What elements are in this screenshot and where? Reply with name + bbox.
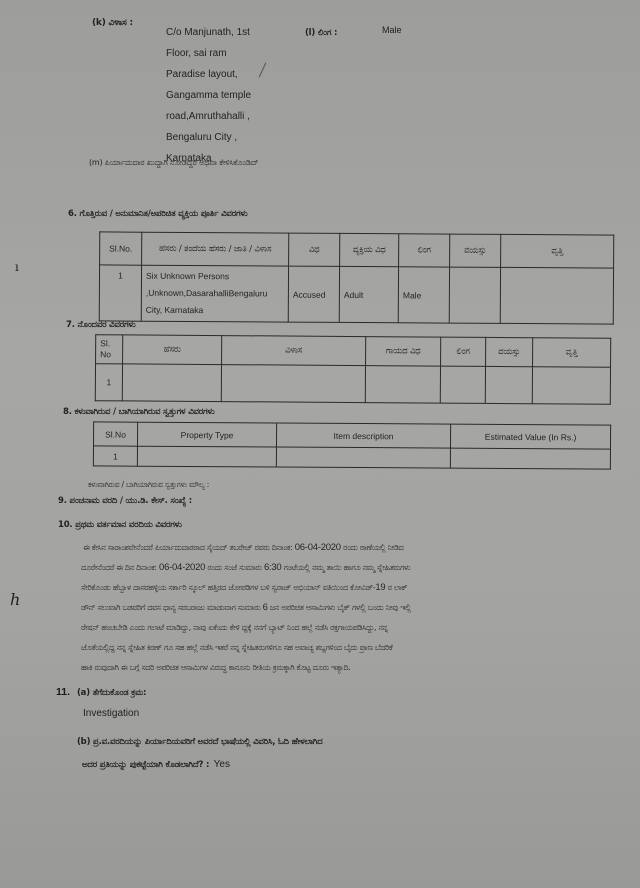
address-line: C/o Manjunath, 1st — [166, 22, 251, 43]
cell-occupation — [500, 267, 613, 324]
table-row: 1 — [95, 364, 610, 405]
address-line: Bengaluru City , — [166, 127, 251, 148]
section7-title: 7. ನೊಂದವರ ವಿವರಗಳು — [66, 320, 136, 330]
section7-victims-table: Sl. No ಹೆಸರು ವಿಳಾಸ ಗಾಯದ ವಿಧ ಲಿಂಗ ವಯಸ್ಸು … — [95, 334, 611, 405]
field-k-address: C/o Manjunath, 1stFloor, sai ramParadise… — [166, 22, 251, 169]
cell-gender: Male — [398, 267, 449, 323]
section11-a-value: Investigation — [83, 708, 139, 719]
address-line: Floor, sai ram — [166, 43, 251, 64]
cell-name-address: Six Unknown Persons ,Unknown,Dasarahalli… — [141, 265, 288, 322]
narrative-line: ಹಾಕಿ ರುವುದಾಗಿ ಈ ಬಗ್ಗೆ ಸದರಿ ಅಪರಿಚಿತ ಆಸಾಮಿ… — [81, 658, 618, 678]
section6-accused-table: Sl.No. ಹೆಸರು / ತಂದೆಯ ಹೆಸರು / ಜಾತಿ / ವಿಳಾ… — [99, 231, 615, 324]
cell-slno: 1 — [95, 364, 122, 401]
cell-injury-type — [365, 366, 440, 404]
cell-type: Accused — [288, 266, 339, 322]
field-k-label: (k) ವಿಳಾಸ : — [92, 18, 133, 28]
field-m-label: (m) ಪಿರ್ಯಾದುದಾರ ಖುದ್ದಾಗಿ ನೋಡಿದ್ದರೆ ಅಥವಾ … — [89, 158, 258, 168]
field-l-label: (l) ಲಿಂಗ : — [305, 28, 337, 38]
table-row: 1 — [93, 446, 610, 469]
cell-estimated-value — [450, 448, 610, 469]
narrative-line: ಈ ಕೇಸಿನ ಸಾರಾಂಶವೇನೆಂದರೆ ಪಿರ್ಯಾದುದಾರರಾದ ಸೈ… — [83, 538, 618, 558]
section8-title: 8. ಕಳುವಾಗಿರುವ / ಬಾಗಿಯಾಗಿರುವ ಸ್ವತ್ತುಗಳ ವಿ… — [63, 407, 215, 417]
narrative-line: ದೂರೇನೆಂದರೆ ಈ ದಿನ ದಿನಾಂಕ: 06-04-2020 ರಂದು… — [81, 558, 618, 578]
cell-age — [449, 267, 500, 323]
col-header: ಲಿಂಗ — [441, 337, 486, 366]
cell-address — [221, 365, 365, 403]
col-header: Sl.No — [93, 422, 137, 446]
cell-slno: 1 — [99, 265, 141, 321]
address-line: road,Amruthahalli , — [166, 106, 251, 127]
pen-stroke — [259, 63, 267, 78]
cell-occupation — [532, 367, 610, 405]
address-line: Gangamma temple — [166, 85, 251, 106]
col-header: ವೃತ್ತಿ — [501, 234, 614, 268]
col-header: Sl.No. — [100, 232, 142, 265]
section9-title: 9. ಪಂಚನಾಮ ವರದಿ / ಯು.ಡಿ. ಕೇಸ್. ಸಂಖ್ಯೆ : — [58, 496, 192, 506]
cell-item-description — [276, 447, 450, 468]
margin-mark: h — [10, 590, 20, 609]
col-header: ವಯಸ್ಸು — [450, 234, 501, 267]
cell-age — [485, 366, 532, 403]
section11-b-row: ಅದರ ಪ್ರತಿಯನ್ನು ಪುಕಟ್ಟೆಯಾಗಿ ಕೊಡಲಾಗಿದೆ? : … — [82, 754, 230, 772]
col-header: ಹೆಸರು / ತಂದೆಯ ಹೆಸರು / ಜಾತಿ / ವಿಳಾಸ — [142, 232, 289, 266]
narrative-line: ರೇಷನ್ ಹಂಚಬೇಡಿ ಎಂದು ಗಲಾಟೆ ಮಾಡಿದ್ದು, ನಾವು … — [81, 618, 618, 638]
col-header: ವಿಧ — [289, 233, 340, 266]
cell-slno: 1 — [93, 446, 137, 466]
fir-document-page: (k) ವಿಳಾಸ : C/o Manjunath, 1stFloor, sai… — [0, 0, 640, 888]
section8-total-label: ಕಳುವಾಗಿರುವ / ಬಾಗಿಯಾಗಿರುವ ಸ್ವತ್ತುಗಳು ಮೌಲ್… — [88, 480, 209, 490]
margin-mark: ı — [15, 260, 19, 274]
col-header: ಲಿಂಗ — [399, 234, 450, 267]
section8-property-table: Sl.No Property Type Item description Est… — [93, 421, 611, 469]
section11-b-label-line1: (b) ಪ್ರ.ವ.ವರದಿಯನ್ನು ಪಿರ್ಯಾದಿಯವರಿಗೆ ಅವರದೆ… — [77, 737, 323, 747]
cell-property-type — [137, 446, 276, 467]
col-header: Estimated Value (In Rs.) — [450, 424, 610, 449]
section10-fir-narrative: ಈ ಕೇಸಿನ ಸಾರಾಂಶವೇನೆಂದರೆ ಪಿರ್ಯಾದುದಾರರಾದ ಸೈ… — [83, 538, 618, 678]
cell-name — [122, 364, 221, 402]
section10-title: 10. ಪ್ರಥಮ ವರ್ತಮಾನ ವರದಿಯ ವಿವರಗಳು — [58, 520, 182, 530]
narrative-line: ಸೇರಿಕೊಂಡು ಹೆಬ್ಬಾಳ ದಾಸರಹಳ್ಳಿಯ ಸರ್ಕಾರಿ ಸ್ಕ… — [81, 578, 618, 598]
col-header: ವೃತ್ತಿ — [533, 338, 611, 368]
section11-b-label-line2: ಅದರ ಪ್ರತಿಯನ್ನು ಪುಕಟ್ಟೆಯಾಗಿ ಕೊಡಲಾಗಿದೆ? : — [82, 760, 209, 770]
col-header: Item description — [276, 423, 450, 448]
field-l-value: Male — [382, 25, 402, 35]
narrative-line: ಜೊತೆಯಲ್ಲಿದ್ದ ನನ್ನ ಸ್ನೇಹಿತ ಕಿರಣ್ ಗೂ ಸಹ ಹಲ… — [81, 638, 618, 658]
col-header: ವಯಸ್ಸು — [486, 337, 533, 366]
narrative-line: ಡೌನ್ ಸಲುವಾಗಿ ಬಡವರಿಗೆ ದವಸ ಧಾನ್ಯ ಸರಬರಾಜು ಮ… — [81, 598, 618, 618]
col-header: ಹೆಸರು — [123, 335, 222, 365]
section11-a-label: (a) ತೆಗೆದುಕೊಂಡ ಕ್ರಮ: — [77, 688, 146, 698]
table-row: 1 Six Unknown Persons ,Unknown,Dasarahal… — [99, 265, 613, 324]
cell-person-type: Adult — [339, 266, 398, 322]
col-header: ಗಾಯದ ವಿಧ — [366, 337, 441, 367]
col-header: Property Type — [137, 422, 276, 447]
section11-b-value: Yes — [214, 759, 230, 770]
col-header: ವ್ಯಕ್ತಿಯ ವಿಧ — [340, 233, 399, 266]
cell-gender — [440, 366, 485, 403]
col-header: ವಿಳಾಸ — [222, 336, 366, 366]
col-header: Sl. No — [96, 335, 123, 364]
address-line: Paradise layout, — [166, 64, 251, 85]
section6-title: 6. ಗೊತ್ತಿರುವ / ಅನುಮಾನಿತ/ಅಪರಿಚಿತ ವ್ಯಕ್ತಿಯ… — [68, 209, 248, 219]
section11-number: 11. — [56, 686, 70, 698]
